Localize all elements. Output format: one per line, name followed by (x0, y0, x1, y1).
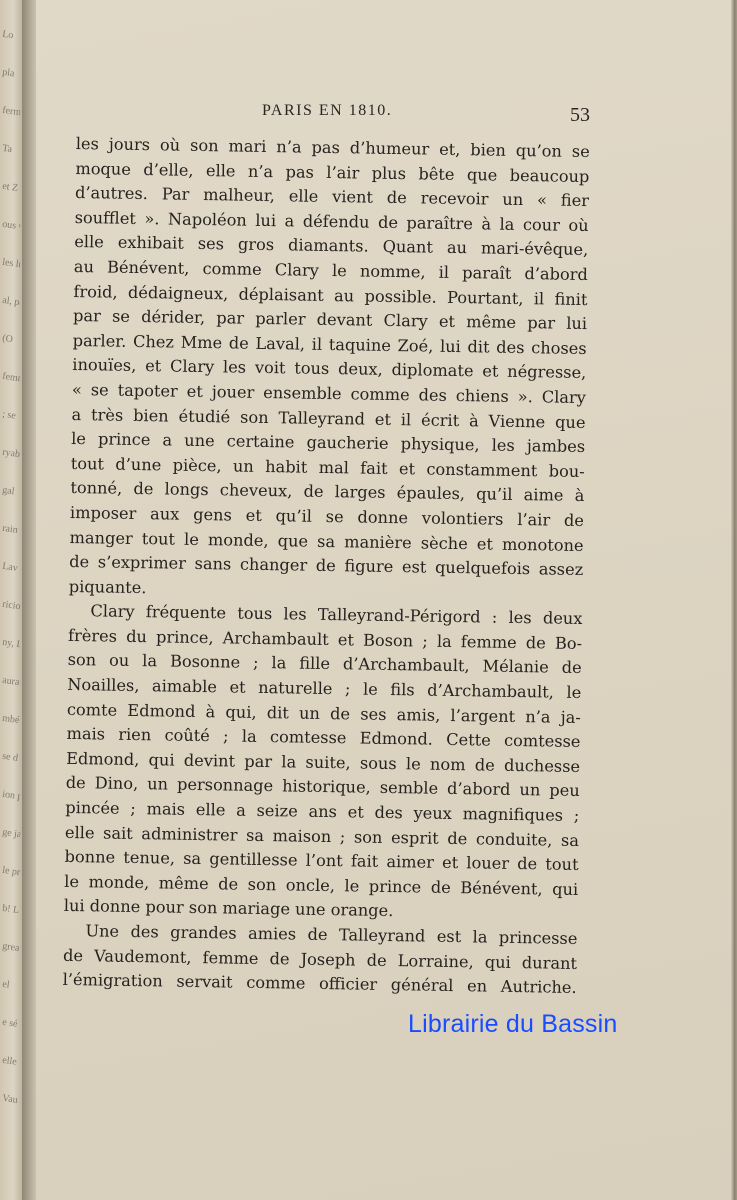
facing-page-text-fragment: grea (1, 941, 21, 957)
facing-page-text-fragment: Lav (1, 561, 21, 577)
facing-page-text-fragment: rain (1, 523, 21, 539)
facing-page-text-fragment: gal (1, 485, 21, 501)
facing-page-text-fragment: Vau (1, 1093, 21, 1109)
facing-page-text-fragment: Lo (1, 29, 21, 45)
facing-page-text-fragment: se d (1, 751, 21, 767)
page-right-edge (731, 0, 737, 1200)
facing-page-text-fragment: aurai (1, 675, 21, 691)
bookseller-watermark: Librairie du Bassin (408, 1010, 617, 1039)
facing-page-text-fragment: el (1, 979, 21, 995)
facing-page-text-fragment: les lu (1, 257, 21, 273)
facing-page-text-fragment: ny, L (1, 637, 21, 653)
facing-page-text-fragment: pla (1, 67, 21, 83)
facing-page-text-fragment: ion pl (1, 789, 21, 805)
facing-page-text-fragment: ferme (1, 105, 21, 121)
facing-page-text-fragment: ; se (1, 409, 21, 425)
facing-page-text-fragment: mbé (1, 713, 21, 729)
facing-page-text-fragment: le pro (1, 865, 21, 881)
facing-page-text-fragment: al, pa (1, 295, 21, 311)
running-title: PARIS EN 1810. (262, 102, 392, 120)
book-gutter (22, 0, 36, 1200)
facing-page-text-fragment: Ta (1, 143, 21, 159)
facing-page-text-fragment: et Z (1, 181, 21, 197)
facing-page-text-fragment: femm (1, 371, 21, 387)
facing-page-text-fragment: (O (1, 333, 21, 349)
facing-page-edge: LoplafermeTaet Zous voles lual, pa(Ofemm… (0, 0, 22, 1200)
facing-page-text-fragment: ge ja (1, 827, 21, 843)
facing-page-text-fragment: elle (1, 1055, 21, 1071)
facing-page-text-fragment: b! L (1, 903, 21, 919)
page-body-text: les jours où son mari n’a pas d’humeur e… (62, 132, 589, 1001)
facing-page-text-fragment: ryab (1, 447, 21, 463)
facing-page-text-fragment: riciom (1, 599, 21, 615)
page-number: 53 (570, 104, 590, 127)
facing-page-text-fragment: e sé (1, 1017, 21, 1033)
facing-page-text-fragment: ous vo (1, 219, 21, 235)
